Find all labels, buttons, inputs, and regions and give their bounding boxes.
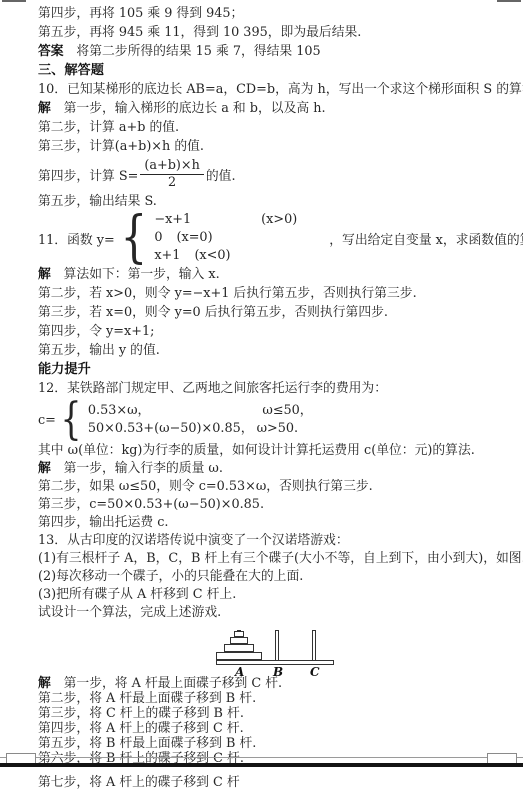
line-text: 第四步，输出托运费 c. [38, 515, 168, 530]
solution-line: 解 第一步，将 A 杆最上面碟子移到 C 杆. [38, 676, 503, 691]
textbook-page: { "colors": { "background": "#ffffff", "… [0, 0, 523, 789]
hanoi-pole-c [312, 630, 316, 661]
fraction-suffix: 的值. [206, 165, 236, 184]
solution-keyword: 解 [38, 676, 51, 691]
text-line: 第五步，输出 y 的值. [38, 341, 503, 360]
text-line: 第五步，将 B 杆最上面碟子移到 B 杆. [38, 736, 503, 751]
piecewise-row: 50×0.53+(ω−50)×0.85，ω>50. [88, 420, 313, 438]
text-line: 试设计一个算法，完成上述游戏. [38, 604, 503, 622]
hanoi-disk-small [230, 637, 248, 644]
line-text: 第七步，将 A 杆上的碟子移到 C 杆 [38, 775, 240, 789]
text-line: 第四步，输出托运费 c. [38, 514, 503, 532]
text-line: (3)把所有碟子从 A 杆移到 C 杆上. [38, 586, 503, 604]
page-break-divider [0, 752, 523, 772]
text-line: 第三步，c=50×0.53+(ω−50)×0.85. [38, 496, 503, 514]
line-text: 第二步，若 x>0，则令 y=−x+1 后执行第五步，否则执行第三步. [38, 286, 417, 301]
solution-line: 解 第一步，输入梯形的底边长 a 和 b，以及高 h. [38, 99, 503, 118]
line-text: 第三步，若 x=0，则令 y=0 后执行第五步，否则执行第四步. [38, 305, 388, 320]
answer-keyword: 答案 [38, 44, 64, 59]
piecewise-rows: −x+1(x>0) 0(x=0) x+1(x<0) [154, 211, 297, 265]
line-text: 第四步，再将 105 乘 9 得到 945； [38, 6, 243, 21]
row-cond: ω>50. [257, 421, 299, 436]
solution-keyword: 解 [38, 101, 51, 116]
text-line: 其中 ω(单位：kg)为行李的质量，如何设计计算托运费用 c(单位：元)的算法. [38, 442, 503, 460]
line-text: 第二步，如果 ω≤50，则令 c=0.53×ω，否则执行第三步. [38, 479, 373, 494]
piecewise-rows: 0.53×ω，ω≤50， 50×0.53+(ω−50)×0.85，ω>50. [88, 402, 313, 438]
text-line: 第五步，再将 945 乘 11，得到 10 395，即为最后结果. [38, 23, 503, 42]
line-text: 第三步，c=50×0.53+(ω−50)×0.85. [38, 497, 264, 512]
solution-keyword: 解 [38, 461, 51, 476]
text-line: (1)有三根杆子 A，B，C，B 杆上有三个碟子(大小不等，自上到下，由小到大)… [38, 550, 503, 568]
hanoi-label-a: A [235, 665, 244, 679]
page-content: 第四步，再将 105 乘 9 得到 945； 第五步，再将 945 乘 11，得… [38, 4, 503, 766]
row-cond: (x<0) [194, 248, 230, 263]
piecewise-function-11: 11．函数 y= { −x+1(x>0) 0(x=0) x+1(x<0) ，写出… [38, 211, 503, 265]
hanoi-figure: A B C [216, 624, 346, 674]
line-text: 第一步，输入梯形的底边长 a 和 b，以及高 h. [51, 101, 326, 116]
line-text: 第四步，将 A 杆上的碟子移到 C 杆. [38, 721, 244, 736]
hanoi-disk-large [216, 652, 262, 660]
brace-glyph: { [120, 213, 147, 263]
line-text: 第四步，令 y=x+1; [38, 324, 154, 339]
row-expr: 0.53×ω， [88, 403, 150, 418]
piecewise-row: −x+1(x>0) [154, 211, 297, 229]
piecewise-row: 0(x=0) [154, 229, 297, 247]
piecewise-function-12: c= { 0.53×ω，ω≤50， 50×0.53+(ω−50)×0.85，ω>… [38, 398, 503, 442]
line-text: 10．已知某梯形的底边长 AB=a，CD=b，高为 h，写出一个求这个梯形面积 … [38, 82, 523, 97]
line-text: 将第二步所得的结果 15 乘 7，得结果 105 [64, 44, 321, 59]
ability-heading: 能力提升 [38, 360, 503, 379]
section-title: 三、解答题 [38, 63, 104, 78]
text-line: 第二步，计算 a+b 的值. [38, 118, 503, 137]
line-text: (3)把所有碟子从 A 杆移到 C 杆上. [38, 587, 236, 602]
row-expr: 50×0.53+(ω−50)×0.85， [88, 421, 254, 436]
text-line: 第五步，输出结果 S. [38, 192, 503, 211]
text-line: 第四步，将 A 杆上的碟子移到 C 杆. [38, 721, 503, 736]
problem-12: 12．某铁路部门规定甲、乙两地之间旅客托运行李的费用为： [38, 379, 503, 398]
line-text: 第一步，将 A 杆最上面碟子移到 C 杆. [51, 676, 282, 691]
text-line: 第四步，再将 105 乘 9 得到 945； [38, 4, 503, 23]
solution-keyword: 解 [38, 267, 51, 282]
text-line: 第二步，若 x>0，则令 y=−x+1 后执行第五步，否则执行第三步. [38, 284, 503, 303]
row-cond: (x=0) [177, 230, 213, 245]
hanoi-disk-medium [224, 644, 254, 652]
solution-line: 解 算法如下：第一步，输入 x. [38, 265, 503, 284]
piecewise-row: x+1(x<0) [154, 247, 297, 265]
ability-title: 能力提升 [38, 362, 91, 377]
line-text: 第二步，将 A 杆最上面碟子移到 B 杆. [38, 691, 256, 706]
line-text: 试设计一个算法，完成上述游戏. [38, 605, 221, 620]
row-cond: (x>0) [261, 212, 297, 227]
page-break-thick-line [0, 763, 523, 767]
text-line: 第四步，令 y=x+1; [38, 322, 503, 341]
text-line: 第三步，计算(a+b)×h 的值. [38, 137, 503, 156]
text-line: 第二步，将 A 杆最上面碟子移到 B 杆. [38, 691, 503, 706]
hanoi-pole-b [275, 630, 279, 661]
text-line: 第二步，如果 ω≤50，则令 c=0.53×ω，否则执行第三步. [38, 478, 503, 496]
solution-line: 解 第一步，输入行李的质量 ω. [38, 460, 503, 478]
line-text: 第三步，计算(a+b)×h 的值. [38, 139, 204, 154]
line-text: (1)有三根杆子 A，B，C，B 杆上有三个碟子(大小不等，自上到下，由小到大)… [38, 551, 523, 566]
line-text: 其中 ω(单位：kg)为行李的质量，如何设计计算托运费用 c(单位：元)的算法. [38, 443, 475, 458]
page-margin-mark-right [497, 0, 521, 2]
piecewise-row: 0.53×ω，ω≤50， [88, 402, 313, 420]
fraction-formula-line: 第四步，计算 S= (a+b)×h 2 的值. [38, 156, 503, 192]
piecewise-prefix: c= [38, 413, 56, 428]
text-line: (2)每次移动一个碟子，小的只能叠在大的上面. [38, 568, 503, 586]
line-text: (2)每次移动一个碟子，小的只能叠在大的上面. [38, 569, 303, 584]
hanoi-label-c: C [310, 665, 320, 679]
hanoi-label-b: B [273, 665, 283, 679]
row-expr: 0 [154, 230, 162, 245]
fraction-prefix: 第四步，计算 S= [38, 165, 138, 184]
problem-13: 13．从古印度的汉诺塔传说中演变了一个汉诺塔游戏： [38, 532, 503, 550]
cutoff-text-line: 第七步，将 A 杆上的碟子移到 C 杆 [38, 773, 240, 789]
line-text: 12．某铁路部门规定甲、乙两地之间旅客托运行李的费用为： [38, 381, 387, 396]
fraction-denominator: 2 [140, 175, 204, 191]
piecewise-prefix: 11．函数 y= [38, 229, 115, 248]
line-text: 第五步，再将 945 乘 11，得到 10 395，即为最后结果. [38, 25, 361, 40]
text-line: 第三步，若 x=0，则令 y=0 后执行第五步，否则执行第四步. [38, 303, 503, 322]
problem-10: 10．已知某梯形的底边长 AB=a，CD=b，高为 h，写出一个求这个梯形面积 … [38, 80, 503, 99]
line-text: 第五步，将 B 杆最上面碟子移到 B 杆. [38, 736, 256, 751]
piecewise-suffix: ，写出给定自变量 x，求函数值的算法. [329, 229, 523, 248]
fraction-numerator: (a+b)×h [140, 158, 204, 175]
line-text: 第一步，输入行李的质量 ω. [51, 461, 223, 476]
line-text: 第二步，计算 a+b 的值. [38, 120, 179, 135]
page-break-thin-line [0, 757, 523, 758]
row-cond: ω≤50， [262, 403, 312, 418]
page-margin-mark-left [2, 0, 26, 2]
brace-glyph: { [60, 400, 81, 440]
line-text: 13．从古印度的汉诺塔传说中演变了一个汉诺塔游戏： [38, 533, 349, 548]
line-text: 第三步，将 C 杆上的碟子移到 B 杆. [38, 706, 244, 721]
section-heading: 三、解答题 [38, 61, 503, 80]
row-expr: x+1 [154, 248, 180, 263]
hanoi-disk-knob [234, 631, 244, 637]
line-text: 第五步，输出 y 的值. [38, 343, 160, 358]
text-line: 第三步，将 C 杆上的碟子移到 B 杆. [38, 706, 503, 721]
fraction: (a+b)×h 2 [140, 158, 204, 191]
answer-line: 答案 将第二步所得的结果 15 乘 7，得结果 105 [38, 42, 503, 61]
row-expr: −x+1 [154, 212, 191, 227]
